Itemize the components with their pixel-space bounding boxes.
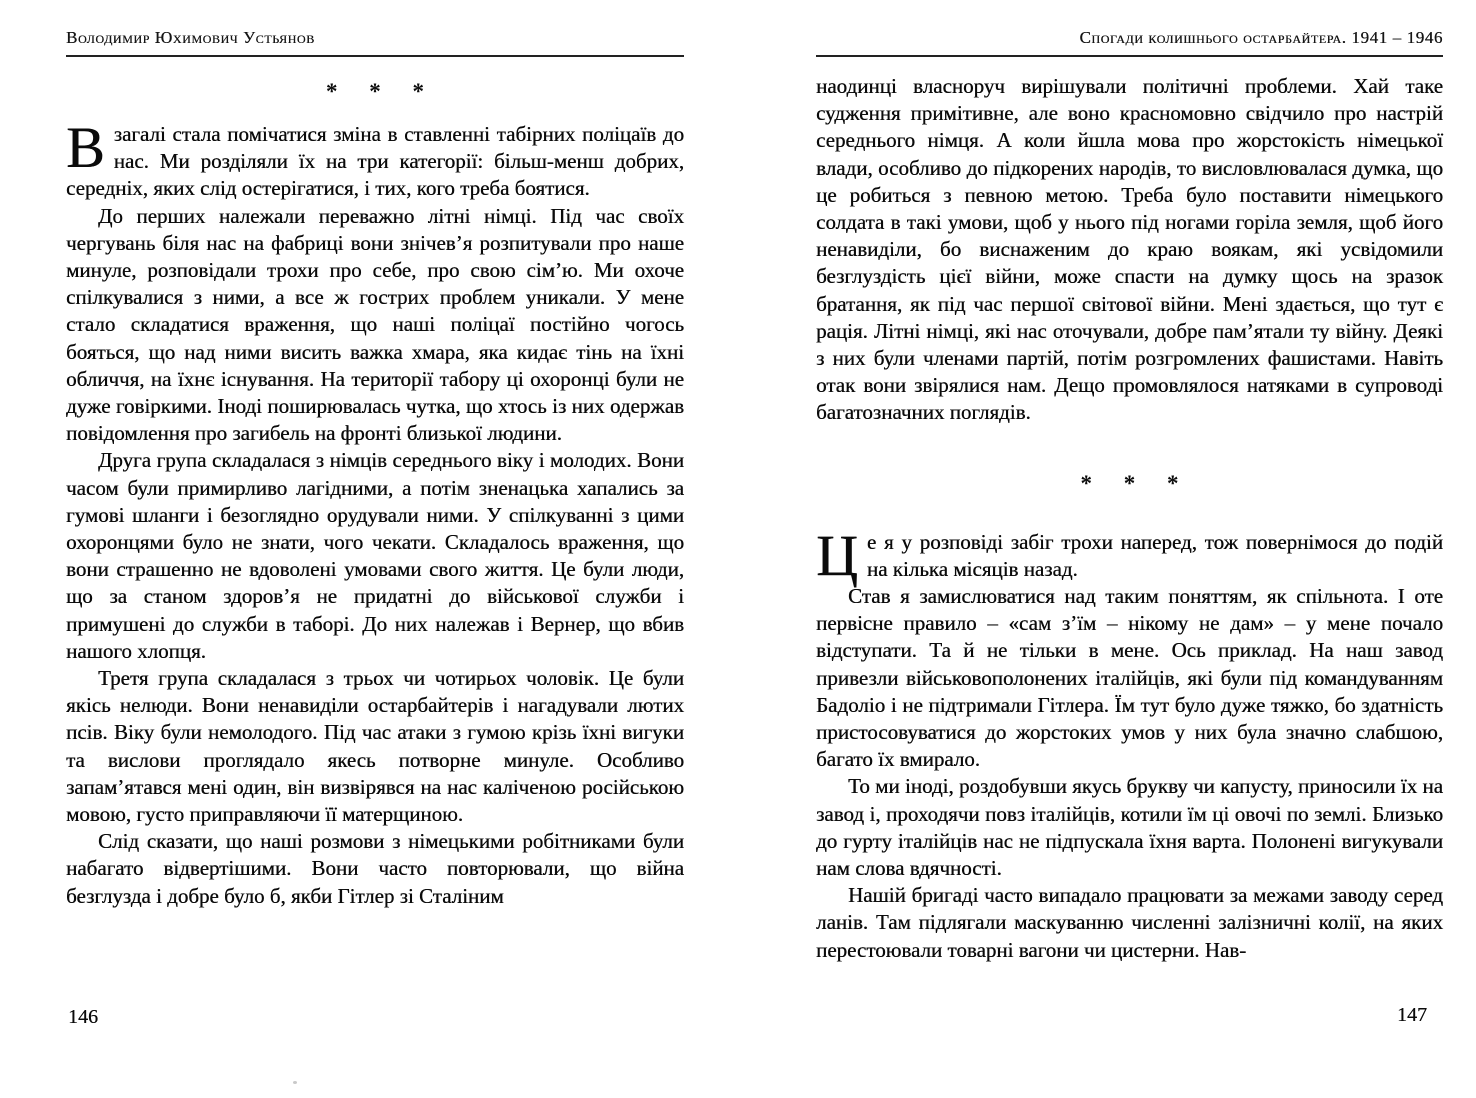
right-page: Спогади колишнього остарбайтера. 1941 – …	[816, 28, 1443, 1078]
paragraph: До перших належали переважно літні німці…	[66, 203, 684, 448]
drop-cap-letter: Ц	[816, 529, 867, 579]
paragraph: Друга група складалася з німців середньо…	[66, 447, 684, 665]
left-page: Володимир Юхимович Устьянов * * * Взагал…	[66, 28, 684, 1078]
paragraph-text: е я у розповіді забіг трохи наперед, тож…	[867, 530, 1443, 581]
section-break-stars: * * *	[816, 471, 1443, 497]
paragraph-dropcap: Це я у розповіді забіг трохи наперед, то…	[816, 529, 1443, 583]
paragraph: Нашій бригаді часто випадало працювати з…	[816, 882, 1443, 964]
paragraph: Третя група складалася з трьох чи чотирь…	[66, 665, 684, 828]
paragraph-continuation: наодинці власноруч вирішували політичні …	[816, 73, 1443, 427]
book-scan-spread: { "left_page": { "header": "Володимир Юх…	[0, 0, 1476, 1098]
running-header-author: Володимир Юхимович Устьянов	[66, 28, 684, 48]
page-number: 147	[1397, 1004, 1427, 1027]
running-header-book-title: Спогади колишнього остарбайтера. 1941 – …	[816, 28, 1443, 48]
scan-speck-artifact	[293, 1081, 297, 1084]
paragraph: Став я замислюватися над таким поняттям,…	[816, 583, 1443, 773]
page-number: 146	[68, 1006, 98, 1029]
drop-cap-letter: В	[66, 121, 114, 171]
header-rule	[816, 55, 1443, 57]
paragraph: Слід сказати, що наші розмови з німецьки…	[66, 828, 684, 910]
paragraph: То ми іноді, роздобувши якусь брукву чи …	[816, 773, 1443, 882]
paragraph-dropcap: Взагалі стала помічатися зміна в ставлен…	[66, 121, 684, 203]
header-rule	[66, 55, 684, 57]
paragraph-text: загалі стала помічатися зміна в ставленн…	[66, 122, 684, 200]
section-break-stars: * * *	[66, 79, 684, 105]
